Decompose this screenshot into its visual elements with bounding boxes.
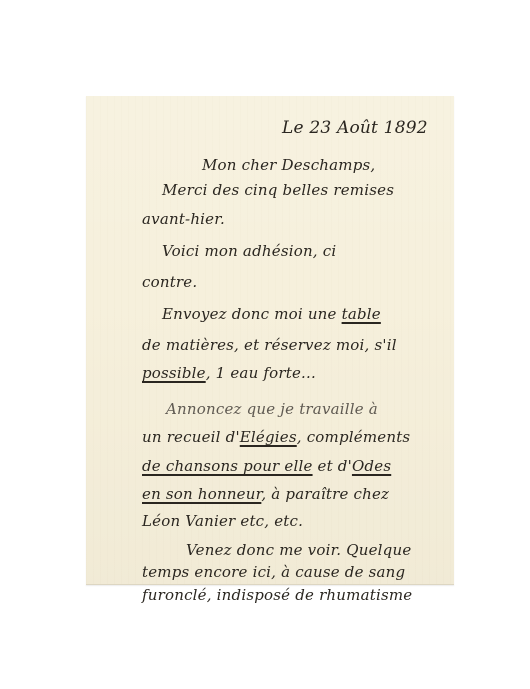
letter-line: possible, 1 eau forte... (142, 364, 316, 382)
letter-line: contre. (142, 273, 197, 291)
salutation: Mon cher Deschamps, (202, 156, 375, 174)
letter-date: Le 23 Août 1892 (282, 118, 428, 138)
letter-line: Merci des cinq belles remises (162, 181, 394, 199)
underlined-word: possible (142, 364, 206, 382)
underlined-word: table (342, 305, 381, 323)
line-text: , compléments (297, 428, 411, 446)
letter-line: Annoncez que je travaille à (166, 400, 378, 418)
letter-line: avant-hier. (142, 210, 225, 228)
letter-line: de chansons pour elle et d'Odes (142, 457, 391, 475)
line-text: Envoyez donc moi une (162, 305, 342, 323)
letter-line: furonclé, indisposé de rhumatisme (142, 586, 412, 604)
underlined-phrase: de chansons pour elle (142, 457, 313, 475)
line-text: , 1 eau forte... (206, 364, 316, 382)
letter-line: un recueil d'Elégies, compléments (142, 428, 410, 446)
letter-line: de matières, et réservez moi, s'il (142, 336, 397, 354)
line-text: un recueil d' (142, 428, 240, 446)
letter-line: Venez donc me voir. Quelque (186, 541, 411, 559)
letter-line: Léon Vanier etc, etc. (142, 512, 303, 530)
underlined-word: Elégies (240, 428, 297, 446)
line-text: et d' (313, 457, 352, 475)
line-text: , à paraître chez (261, 485, 389, 503)
letter-line: temps encore ici, à cause de sang (142, 563, 405, 581)
underlined-phrase: en son honneur (142, 485, 261, 503)
letter-line: Envoyez donc moi une table (162, 305, 381, 323)
underlined-word: Odes (352, 457, 391, 475)
letter-line: en son honneur, à paraître chez (142, 485, 389, 503)
letter-line: Voici mon adhésion, ci (162, 242, 336, 260)
letter-page: Le 23 Août 1892 Mon cher Deschamps, Merc… (86, 96, 454, 585)
